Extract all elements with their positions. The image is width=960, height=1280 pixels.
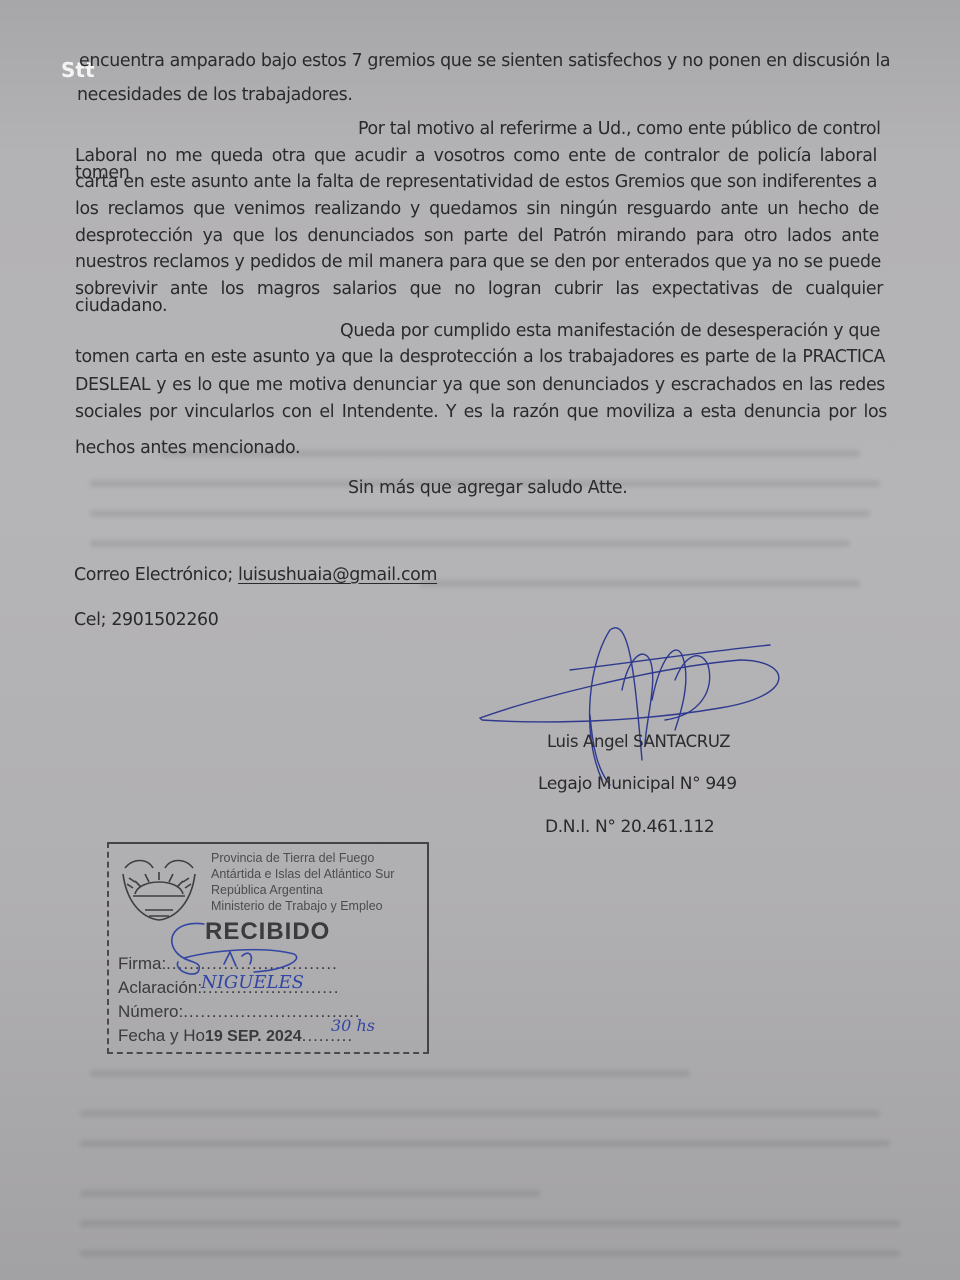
paragraph-2-line-5: desprotección ya que los denunciados son… (75, 228, 879, 245)
paragraph-1-line-2: necesidades de los trabajadores. (77, 87, 353, 104)
signer-name: Luis Angel SANTACRUZ (547, 734, 730, 751)
paragraph-2-line-6: nuestros reclamos y pedidos de mil maner… (75, 254, 881, 271)
paragraph-2-line-7: sobrevivir ante los magros salarios que … (75, 281, 883, 316)
stamp-organization: Provincia de Tierra del Fuego Antártida … (211, 850, 394, 914)
stamp-field-label: Firma: (118, 954, 166, 973)
paragraph-3-line-4: sociales por vincularlos con el Intenden… (75, 404, 887, 421)
stamp-org-line: Ministerio de Trabajo y Empleo (211, 898, 394, 914)
stamp-org-line: Provincia de Tierra del Fuego (211, 850, 394, 866)
stamp-org-line: Antártida e Islas del Atlántico Sur (211, 866, 394, 882)
email-line: Correo Electrónico; luisushuaia@gmail.co… (74, 567, 437, 584)
paragraph-3-line-1: Queda por cumplido esta manifestación de… (340, 323, 880, 340)
stamp-signature (164, 920, 314, 980)
stamp-date: 19 SEP. 2024 (205, 1028, 302, 1045)
stamp-field-label: Número: (118, 1002, 183, 1021)
stamp-field-label: Fecha y Ho (118, 1026, 205, 1045)
handwritten-aclaracion: NIGUELES (201, 972, 304, 993)
paragraph-2-line-1: Por tal motivo al referirme a Ud., como … (358, 121, 881, 138)
phone-line: Cel; 2901502260 (74, 612, 218, 629)
paragraph-2-line-4: los reclamos que venimos realizando y qu… (75, 201, 879, 218)
paragraph-2-line-3: carta en este asunto ante la falta de re… (75, 174, 877, 191)
phone-number: 2901502260 (111, 610, 218, 630)
email-label: Correo Electrónico; (74, 565, 233, 585)
stamp-field-fecha: Fecha y Ho19 SEP. 2024......... (118, 1026, 353, 1046)
paragraph-3-line-3: DESLEAL y es lo que me motiva denunciar … (75, 377, 885, 394)
paragraph-3-line-2: tomen carta en este asunto ya que la des… (75, 349, 885, 366)
stamp-field-label: Aclaración: (118, 978, 202, 997)
signer-legajo: Legajo Municipal N° 949 (538, 776, 737, 793)
received-stamp: Provincia de Tierra del Fuego Antártida … (107, 842, 429, 1054)
document-page: Stt encuentra amparado bajo estos 7 grem… (0, 0, 960, 1280)
handwritten-time: 30 hs (331, 1016, 375, 1035)
coat-of-arms-icon (119, 854, 199, 926)
phone-label: Cel; (74, 610, 106, 630)
paragraph-1-line-1: encuentra amparado bajo estos 7 gremios … (79, 53, 873, 70)
stamp-field-numero: Número:............................... (118, 1002, 361, 1022)
signature (470, 620, 800, 790)
stamp-org-line: República Argentina (211, 882, 394, 898)
email-link[interactable]: luisushuaia@gmail.com (238, 565, 437, 585)
signer-dni: D.N.I. N° 20.461.112 (545, 819, 714, 836)
paragraph-3-line-5: hechos antes mencionado. (75, 440, 300, 457)
closing-salutation: Sin más que agregar saludo Atte. (348, 480, 627, 497)
